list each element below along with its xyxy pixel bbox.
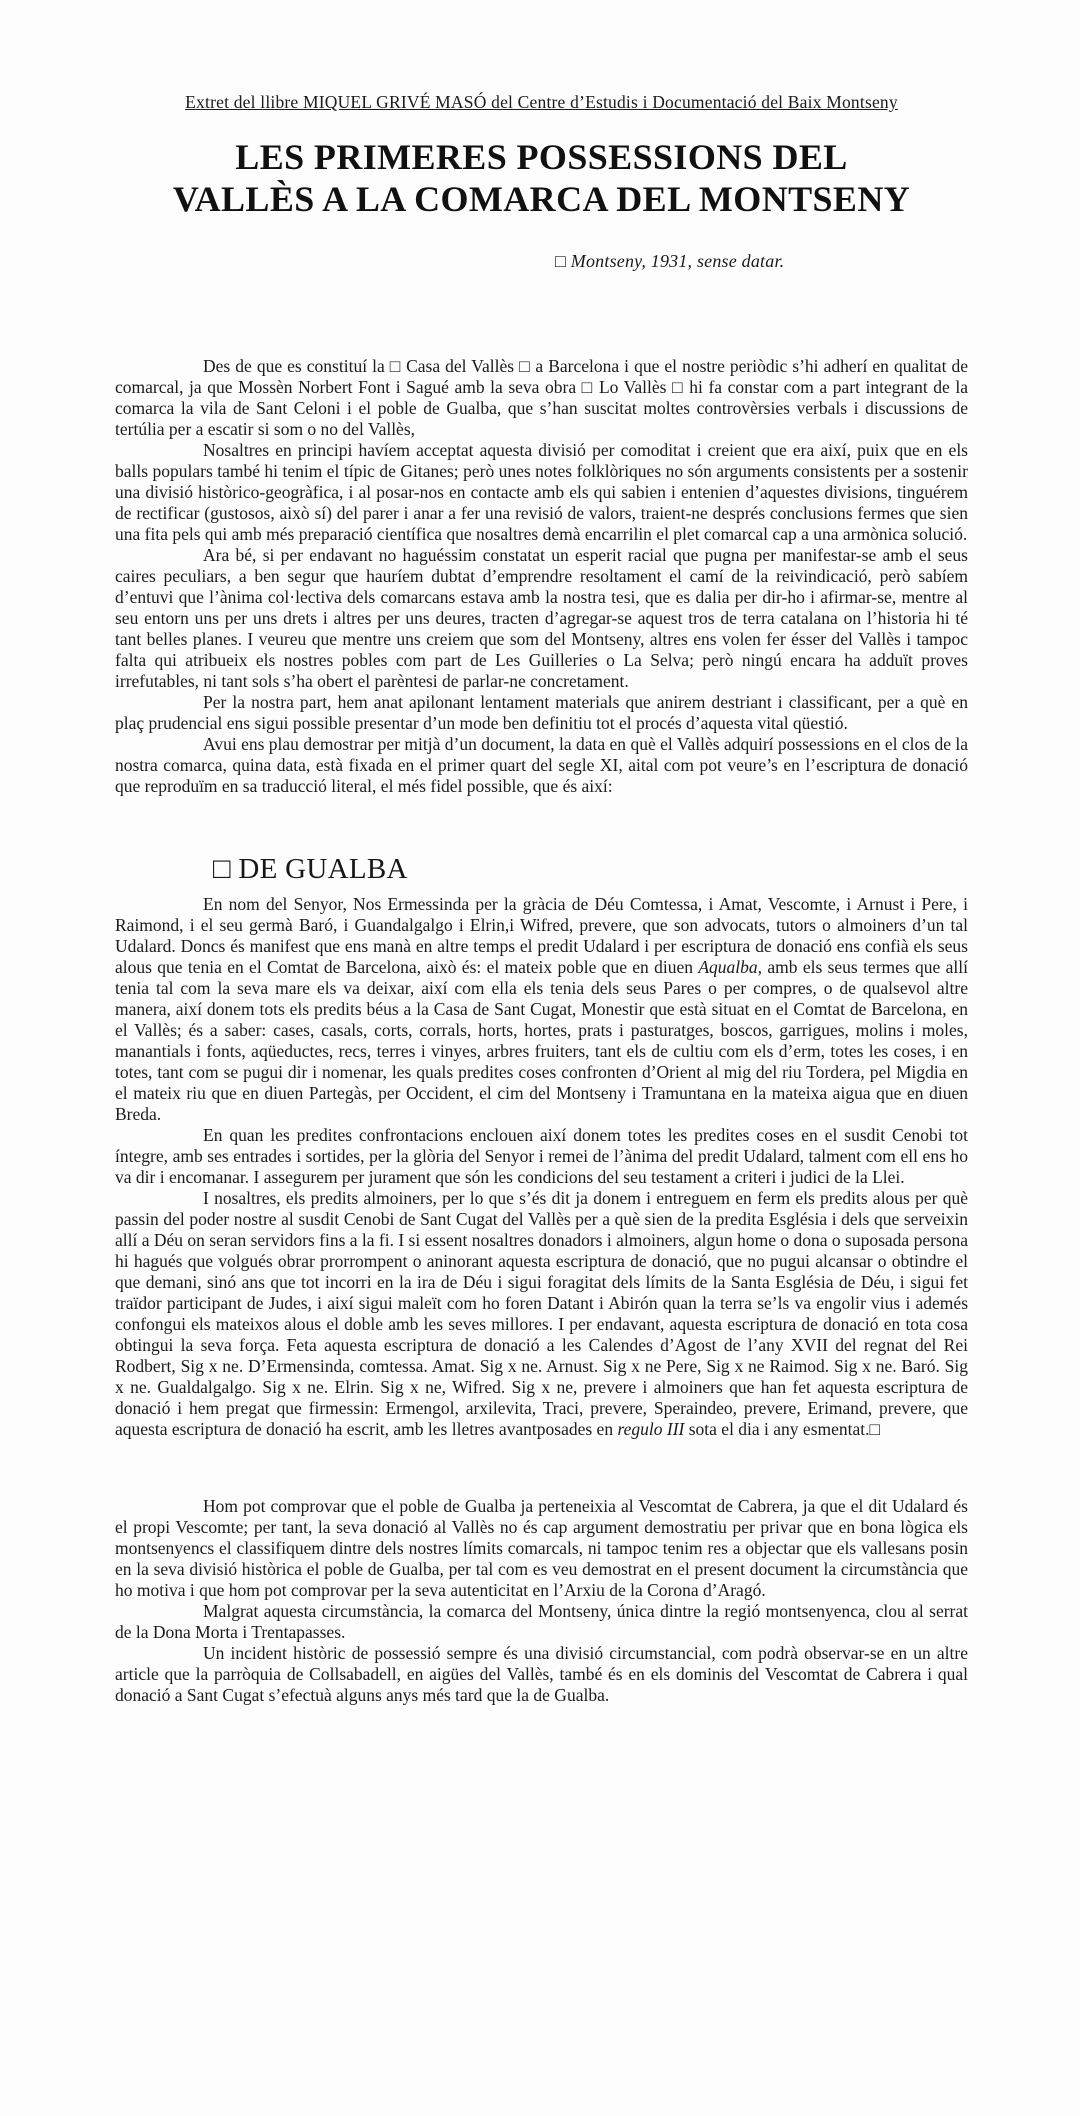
paragraph: Per la nostra part, hem anat apilonant l… (115, 692, 968, 734)
paragraph: En nom del Senyor, Nos Ermessinda per la… (115, 894, 968, 1125)
section-intro: Des de que es constituí la □ Casa del Va… (115, 356, 968, 797)
paragraph: I nosaltres, els predits almoiners, per … (115, 1188, 968, 1440)
paragraph: Un incident històric de possessió sempre… (115, 1643, 968, 1706)
page-title-line2: VALLÈS A LA COMARCA DEL MONTSENY (173, 179, 910, 219)
document-source-line: Extret del llibre MIQUEL GRIVÉ MASÓ del … (115, 92, 968, 113)
paragraph: Malgrat aquesta circumstància, la comarc… (115, 1601, 968, 1643)
paragraph: Des de que es constituí la □ Casa del Va… (115, 356, 968, 440)
paragraph: Nosaltres en principi havíem acceptat aq… (115, 440, 968, 545)
section-document: □ DE GUALBAEn nom del Senyor, Nos Ermess… (115, 853, 968, 1440)
document-body: Des de que es constituí la □ Casa del Va… (115, 356, 968, 1706)
scanned-document-page: Extret del llibre MIQUEL GRIVÉ MASÓ del … (0, 0, 1080, 2116)
section-heading: □ DE GUALBA (115, 853, 968, 886)
subtitle-dateline: □ Montseny, 1931, sense datar. (555, 251, 968, 272)
page-title: LES PRIMERES POSSESSIONS DEL VALLÈS A LA… (115, 137, 968, 221)
paragraph: Ara bé, si per endavant no haguéssim con… (115, 545, 968, 692)
section-commentary: Hom pot comprovar que el poble de Gualba… (115, 1496, 968, 1706)
page-title-line1: LES PRIMERES POSSESSIONS DEL (235, 137, 847, 177)
paragraph: En quan les predites confrontacions encl… (115, 1125, 968, 1188)
paragraph: Avui ens plau demostrar per mitjà d’un d… (115, 734, 968, 797)
paragraph: Hom pot comprovar que el poble de Gualba… (115, 1496, 968, 1601)
